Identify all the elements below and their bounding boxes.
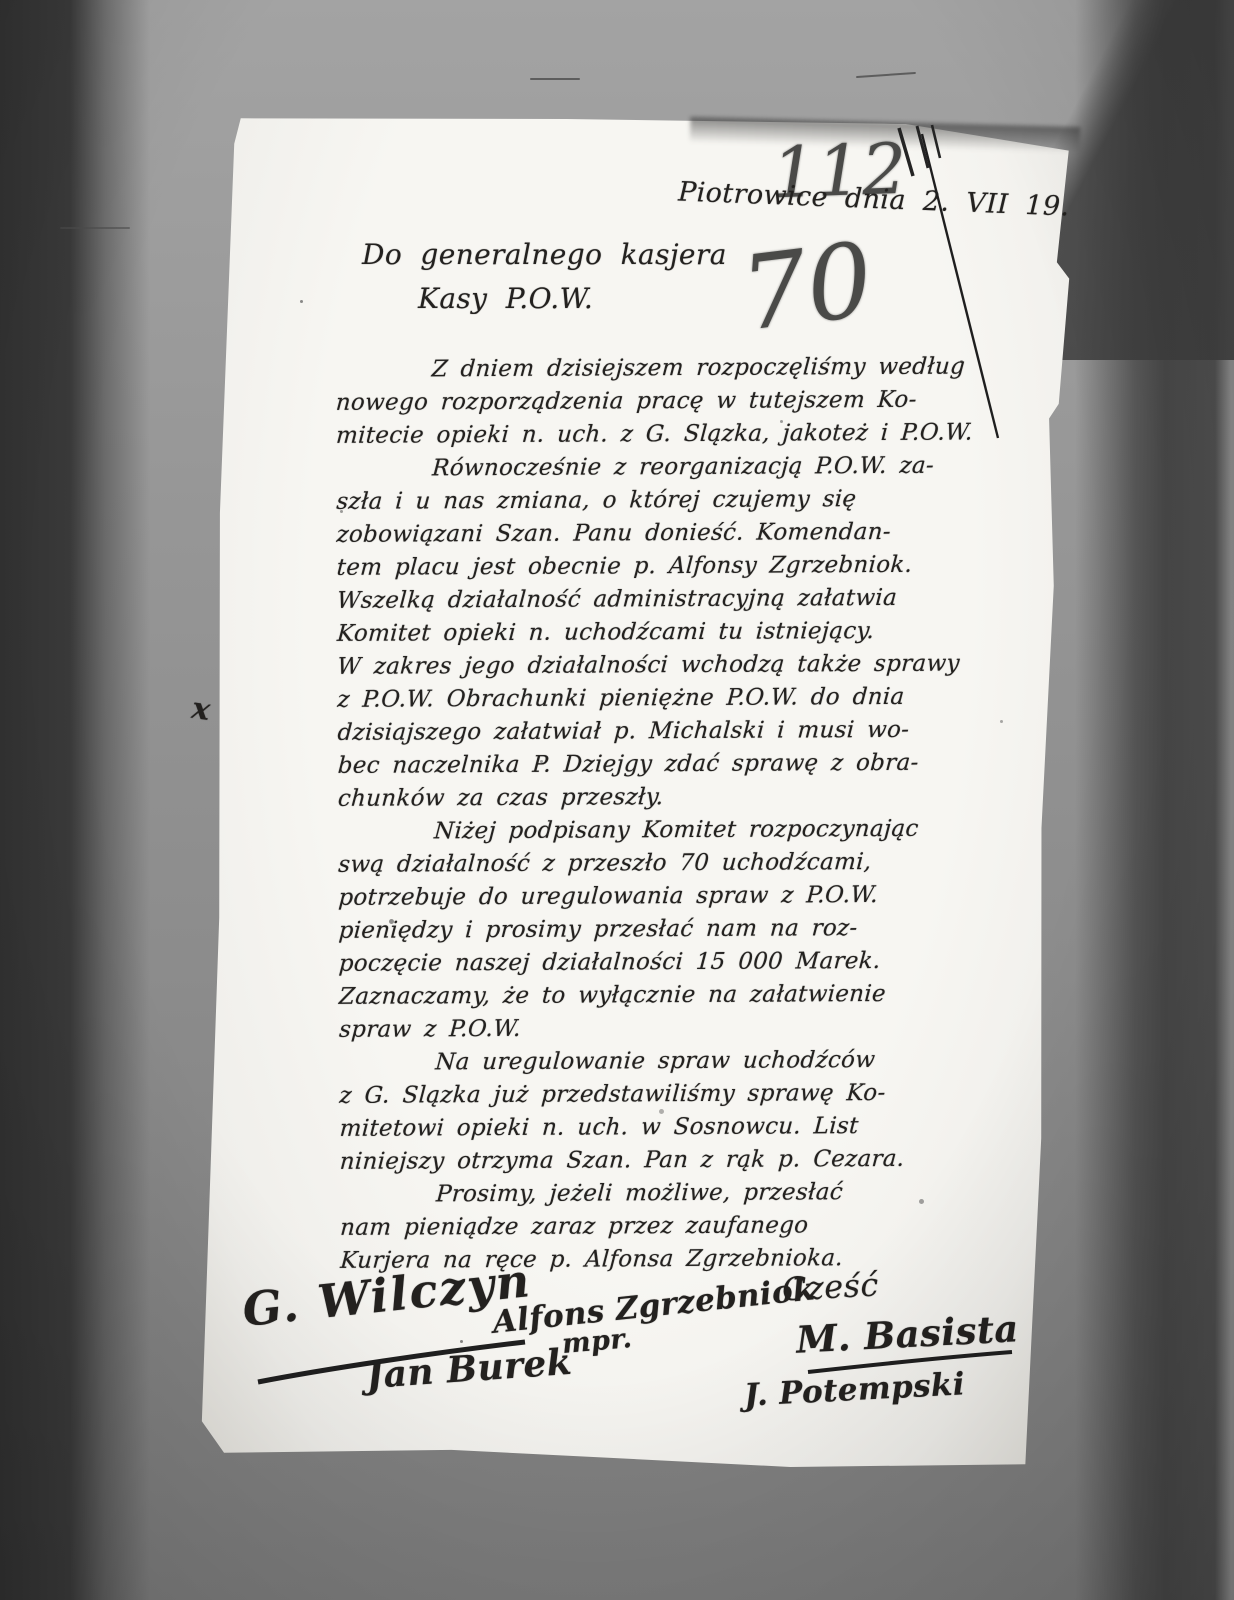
photo-vignette <box>0 0 1234 1600</box>
photographed-document: 112 70 x Piotrowice dnia 2. VII 19. Do g… <box>0 0 1234 1600</box>
